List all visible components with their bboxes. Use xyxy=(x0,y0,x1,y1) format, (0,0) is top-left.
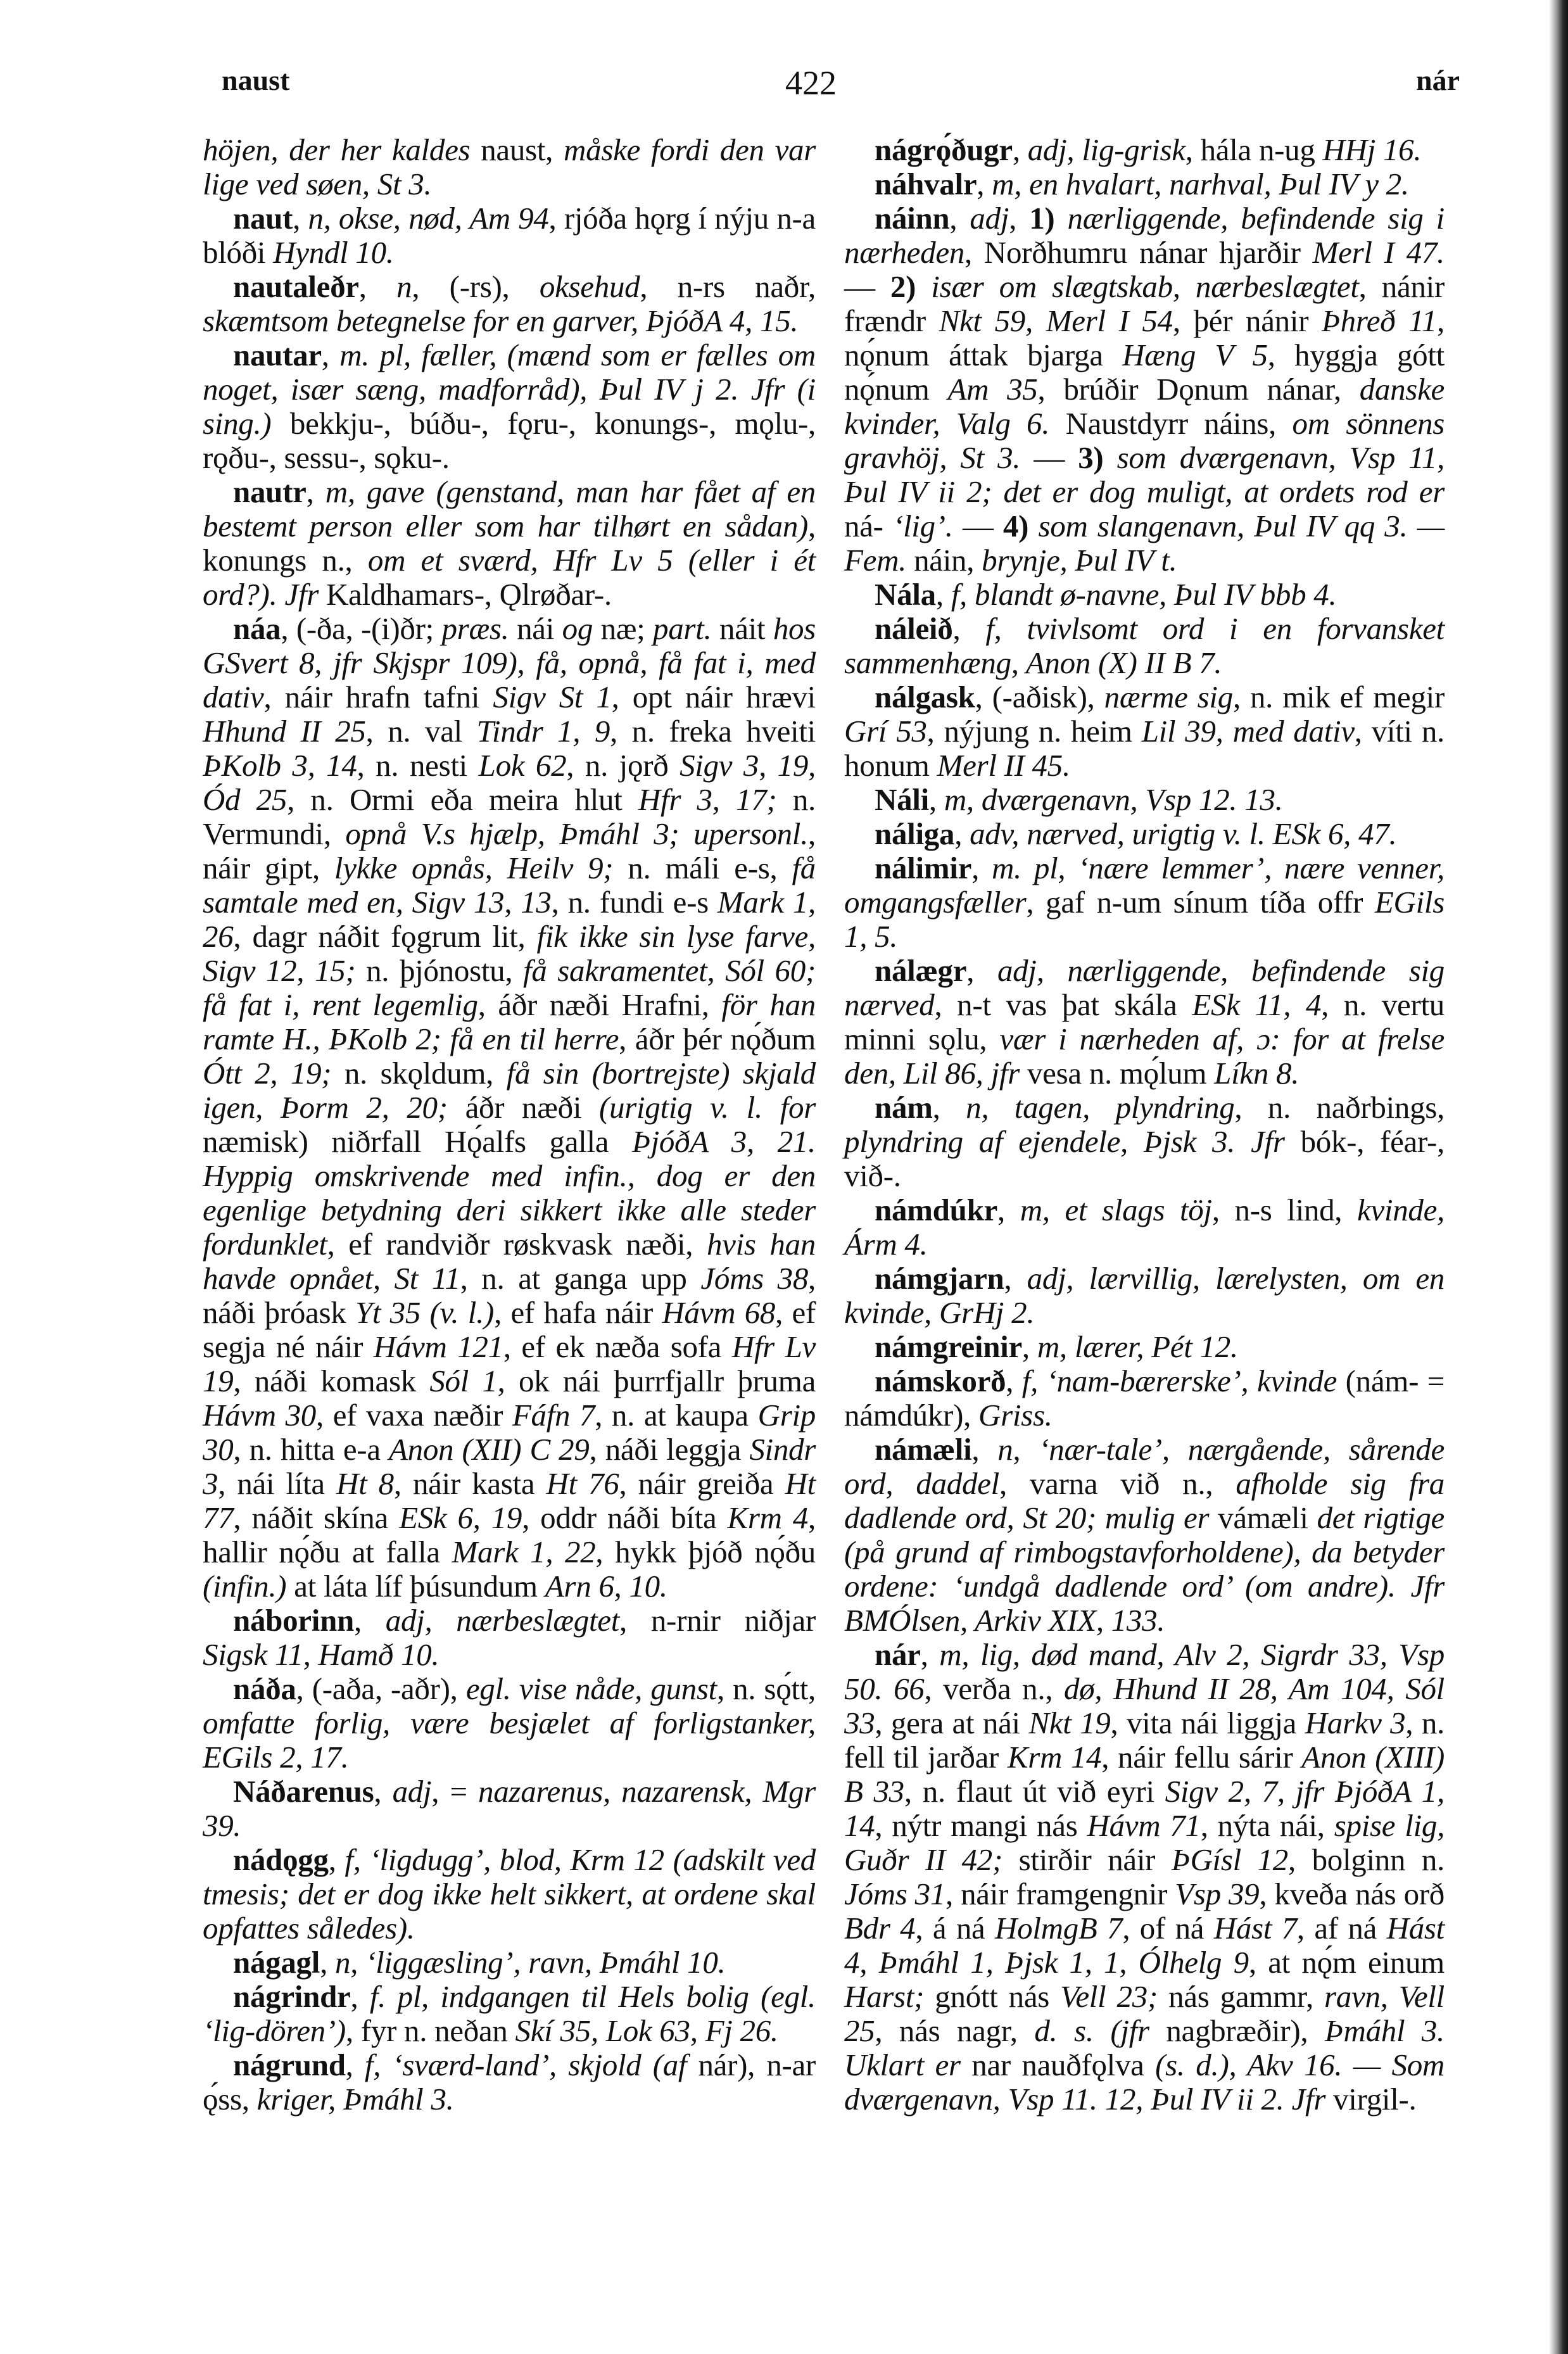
headword: námgreinir xyxy=(875,1329,1022,1364)
citation-text: , xyxy=(1004,1261,1027,1296)
citation-text: , ef hafa náir xyxy=(494,1295,662,1330)
headword: nágagl xyxy=(233,1945,320,1980)
gloss-text: især om slægtskab, nærbeslægtet xyxy=(931,269,1358,304)
dictionary-entry: nágrǫ́ðugr, adj, lig-grisk, hála n-ug HH… xyxy=(844,133,1445,167)
citation-text: nás gammr, xyxy=(1158,1979,1324,2014)
citation-text: , n. jǫrð xyxy=(566,748,680,783)
citation-text: vámæli xyxy=(1209,1500,1317,1535)
citation-text: , nái líta xyxy=(218,1466,336,1501)
citation-text xyxy=(1054,201,1067,236)
dictionary-entry: nár, m, lig, død mand, Alv 2, Sigrdr 33,… xyxy=(844,1638,1445,2117)
headword: nár xyxy=(875,1637,921,1672)
gloss-text: Jóms 38 xyxy=(700,1261,808,1296)
citation-text: , áðr næði Hrafni, xyxy=(478,987,722,1022)
gloss-text: egl. vise nåde, gunst xyxy=(466,1671,717,1706)
citation-text: , nýtr mangi nás xyxy=(875,1808,1087,1843)
gloss-text: Arn 6, 10. xyxy=(545,1569,667,1604)
citation-text: at láta líf þúsundum xyxy=(286,1569,545,1604)
citation-text xyxy=(1103,440,1116,475)
citation-text: , n. freka hveiti xyxy=(610,714,816,749)
citation-text: , náir greiða xyxy=(619,1466,785,1501)
citation-text: n. máli e-s, xyxy=(613,851,792,885)
gloss-text: Sigsk 11, Hamð 10. xyxy=(203,1637,439,1672)
gloss-text: (infin.) xyxy=(203,1569,286,1604)
citation-text: , xyxy=(1013,132,1028,167)
gloss-text: m, en hvalart, narhval, Þul IV y 2. xyxy=(992,167,1409,201)
dictionary-entry: Náðarenus, adj, = nazarenus, nazarensk, … xyxy=(203,1775,816,1843)
citation-text: náin, xyxy=(906,543,982,578)
citation-text: , n. sǫ́tt, xyxy=(717,1671,816,1706)
citation-text: gnótt nás xyxy=(924,1979,1060,2014)
citation-text: nar nauðfǫlva xyxy=(961,2047,1155,2082)
dictionary-entry: námæli, n, ‘nær-tale’, nærgående, sårend… xyxy=(844,1433,1445,1638)
gloss-text: Merl I 47. xyxy=(1313,235,1445,270)
citation-text: , n-t vas þat skála xyxy=(934,987,1192,1022)
headword: náleið xyxy=(875,611,952,646)
citation-text: , at nǫ́m einum xyxy=(1249,1945,1445,1980)
citation-text: , xyxy=(971,1432,997,1467)
dictionary-entry: náborinn, adj, nærbeslægtet, n-rnir niðj… xyxy=(203,1604,816,1672)
citation-text: , xyxy=(936,577,951,612)
gloss-text: ÞKolb 3, 14 xyxy=(203,748,357,783)
headword: nálgask xyxy=(875,680,975,714)
left-column: höjen, der her kaldes naust, måske fordi… xyxy=(203,133,816,2117)
gloss-text: Bdr 4 xyxy=(844,1911,915,1946)
citation-text: , xyxy=(1009,201,1029,236)
citation-text: , gera at nái xyxy=(875,1705,1028,1740)
citation-text: , nýjung n. heim xyxy=(927,714,1142,749)
citation-text: , ef randviðr røskvask næði, xyxy=(327,1227,707,1262)
gloss-text: Vell 23; xyxy=(1060,1979,1158,2014)
citation-text: , xyxy=(997,1193,1020,1227)
citation-text: næmisk) niðrfall Hǫ́alfs galla xyxy=(203,1124,632,1159)
citation-text: bekkju-, búðu-, fǫru-, konungs-, mǫlu-, … xyxy=(203,406,816,475)
citation-text: , xyxy=(952,611,985,646)
citation-text: , náði leggja xyxy=(590,1432,750,1467)
citation-text: , n. naðrbings, xyxy=(1234,1090,1445,1125)
dictionary-entry: námskorð, f, ‘nam-bærerske’, kvinde (nám… xyxy=(844,1364,1445,1433)
gloss-text: Mark 1, 22 xyxy=(452,1535,596,1569)
headword: náborinn xyxy=(233,1603,354,1638)
gloss-text: Vsp 39 xyxy=(1175,1876,1259,1911)
gloss-text: Hyndl 10. xyxy=(273,235,394,270)
dictionary-entry: nám, n, tagen, plyndring, n. naðrbings, … xyxy=(844,1091,1445,1193)
dictionary-entry: Náli, m, dværgenavn, Vsp 12. 13. xyxy=(844,783,1445,817)
dictionary-entry: náða, (-aða, -aðr), egl. vise nåde, guns… xyxy=(203,1672,816,1775)
citation-text: , þér nánir xyxy=(1173,303,1322,338)
gloss-text: Lil 39, med dativ xyxy=(1142,714,1355,749)
citation-text: Naustdyrr náins, xyxy=(1049,406,1292,441)
gloss-text: præs. xyxy=(441,611,509,646)
gloss-text: adj xyxy=(970,201,1009,236)
headword: nádǫgg xyxy=(233,1842,329,1877)
citation-text: , á ná xyxy=(915,1911,995,1946)
dictionary-entry: nágagl, n, ‘liggæsling’, ravn, Þmáhl 10. xyxy=(203,1946,816,1980)
gloss-text: ESk 6, 19 xyxy=(399,1500,522,1535)
headword: náa xyxy=(233,611,281,646)
citation-text: áðr næði xyxy=(448,1090,599,1125)
dictionary-entry: nádǫgg, f, ‘ligdugg’, blod, Krm 12 (adsk… xyxy=(203,1843,816,1946)
gloss-text: Tindr 1, 9 xyxy=(477,714,610,749)
dictionary-entry: naut, n, okse, nød, Am 94, rjóða hǫrg í … xyxy=(203,201,816,270)
headword: námæli xyxy=(875,1432,971,1467)
citation-text: , xyxy=(329,1842,345,1877)
citation-text: , náir fellu sárir xyxy=(1101,1740,1301,1775)
citation-text: , bolginn n. xyxy=(1288,1842,1445,1877)
gloss-text: Hávm 121 xyxy=(374,1329,503,1364)
gloss-text: Harkv 3 xyxy=(1305,1705,1406,1740)
dictionary-entry: náinn, adj, 1) nærliggende, befindende s… xyxy=(844,201,1445,578)
dictionary-entry: nálgask, (-aðisk), nærme sig, n. mik ef … xyxy=(844,680,1445,783)
citation-text: , n. val xyxy=(366,714,477,749)
headword: 1) xyxy=(1029,201,1054,236)
gloss-text: Hást 7 xyxy=(1214,1911,1297,1946)
headword: 3) xyxy=(1078,440,1103,475)
gloss-text: Hhund II 25 xyxy=(203,714,366,749)
citation-text: , hála n-ug xyxy=(1185,132,1323,167)
headword: náliga xyxy=(875,816,954,851)
gloss-text: Griss. xyxy=(978,1398,1053,1433)
citation-text: , xyxy=(1006,1364,1022,1398)
citation-text: , verða n., xyxy=(924,1671,1064,1706)
citation-text: , xyxy=(929,782,944,817)
citation-text: , af ná xyxy=(1297,1911,1387,1946)
gloss-text: Am 35 xyxy=(948,372,1038,407)
citation-text: , náðit skína xyxy=(233,1500,399,1535)
gloss-text: m, dværgenavn, Vsp 12. 13. xyxy=(944,782,1283,817)
citation-text: stirðir náir xyxy=(1002,1842,1172,1877)
gloss-text: Yt 35 (v. l.) xyxy=(355,1295,494,1330)
gloss-text: adj, lig-grisk xyxy=(1028,132,1185,167)
gloss-text: n, okse, nød, Am 94 xyxy=(308,201,548,236)
citation-text: virgil-. xyxy=(1325,2082,1416,2117)
citation-text: , xyxy=(977,167,992,201)
gloss-text: Hæng V 5 xyxy=(1122,338,1268,372)
citation-text: — xyxy=(953,509,1003,543)
citation-text: nagbræðir), xyxy=(1149,2013,1325,2048)
citation-text: , nás nagr, xyxy=(875,2013,1034,2048)
dictionary-entry: náliga, adv, nærved, urigtig v. l. ESk 6… xyxy=(844,817,1445,851)
citation-text: , gaf n-um sínum tíða offr xyxy=(1026,885,1374,920)
guide-word-right: nár xyxy=(1416,63,1460,97)
gloss-text: Hávm 71 xyxy=(1087,1808,1200,1843)
citation-text: , (-aðisk), xyxy=(975,680,1104,714)
citation-text: , xyxy=(307,474,326,509)
gloss-text: ESk 11, 4 xyxy=(1192,987,1321,1022)
gloss-text: ÞGísl 12 xyxy=(1172,1842,1288,1877)
headword: náhvalr xyxy=(875,167,977,201)
gloss-text: Sigv St 1 xyxy=(493,680,611,714)
headword: Nála xyxy=(875,577,936,612)
right-column: nágrǫ́ðugr, adj, lig-grisk, hála n-ug HH… xyxy=(844,133,1445,2117)
citation-text: , ef vaxa næðir xyxy=(316,1398,512,1433)
gloss-text: Ht 76 xyxy=(546,1466,619,1501)
citation-text: , xyxy=(949,201,970,236)
citation-text: , xyxy=(954,816,970,851)
citation-text: , fyr n. neðan xyxy=(346,2013,515,2048)
gloss-text: Krm 4 xyxy=(728,1500,809,1535)
citation-text: , xyxy=(933,1090,966,1125)
headword: nálimir xyxy=(875,851,971,885)
headword: náða xyxy=(233,1671,296,1706)
citation-text: , n. flaut út við eyri xyxy=(904,1774,1165,1809)
citation-text: n. þjónostu, xyxy=(355,953,523,988)
dictionary-entry: nautr, m, gave (genstand, man har fået a… xyxy=(203,475,816,612)
gloss-text: Merl II 45. xyxy=(937,748,1070,783)
citation-text: nái xyxy=(509,611,562,646)
citation-text: , áðr þér nǫ́ðum xyxy=(619,1022,816,1056)
gloss-text: Líkn 8. xyxy=(1214,1056,1299,1091)
gloss-text: (urigtig v. l. for xyxy=(599,1090,816,1125)
headword: nautr xyxy=(233,474,307,509)
dictionary-entry: nágrund, f, ‘sværd-land’, skjold (af nár… xyxy=(203,2048,816,2117)
headword: nágrindr xyxy=(233,1979,350,2014)
gloss-text: HolmgB 7 xyxy=(995,1911,1122,1946)
citation-text: , oddr náði bíta xyxy=(522,1500,727,1535)
citation-text: , náir hrafn tafni xyxy=(263,680,493,714)
citation-text: , (-ða, -(i)ðr; xyxy=(281,611,441,646)
gloss-text: Ht 8 xyxy=(336,1466,394,1501)
gloss-text: Nkt 19 xyxy=(1028,1705,1110,1740)
citation-text: , hykk þjóð nǫ́ðu xyxy=(595,1535,816,1569)
citation-text: , (-rs), xyxy=(412,269,540,304)
gloss-text: kriger, Þmáhl 3. xyxy=(257,2082,454,2117)
citation-text: , n. mik ef megir xyxy=(1233,680,1445,714)
headword: námskorð xyxy=(875,1364,1006,1398)
citation-text: vesa n. mǫ́lum xyxy=(1020,1056,1214,1091)
gloss-text: Þhreð 11 xyxy=(1322,303,1437,338)
gloss-text: Harst; xyxy=(844,1979,924,2014)
gloss-text: adj, nærbeslægtet xyxy=(386,1603,619,1638)
gloss-text: og xyxy=(562,611,593,646)
citation-text: — xyxy=(1020,440,1078,475)
citation-text: , vita nái liggja xyxy=(1110,1705,1305,1740)
citation-text: , = xyxy=(431,1774,478,1809)
dictionary-entry: nálægr, adj, nærliggende, befindende sig… xyxy=(844,954,1445,1091)
citation-text: , (-aða, -aðr), xyxy=(296,1671,466,1706)
gloss-text: Hfr 3, 17; xyxy=(638,782,777,817)
dictionary-entry: náa, (-ða, -(i)ðr; præs. nái og næ; part… xyxy=(203,612,816,1604)
headword: námgjarn xyxy=(875,1261,1004,1296)
dictionary-entry: náleið, f, tvivlsomt ord i en forvansket… xyxy=(844,612,1445,680)
citation-text: ná- xyxy=(844,509,893,543)
dictionary-entry: höjen, der her kaldes naust, måske fordi… xyxy=(203,133,816,201)
citation-text: , n. Ormi eða meira hlut xyxy=(287,782,638,817)
gloss-text: f, ‘nam-bærerske’, kvinde xyxy=(1022,1364,1337,1398)
citation-text: , of ná xyxy=(1122,1911,1213,1946)
gloss-text: lykke opnås, Heilv 9; xyxy=(334,851,613,885)
citation-text: næ; xyxy=(593,611,653,646)
dictionary-entry: námgreinir, m, lærer, Pét 12. xyxy=(844,1330,1445,1364)
citation-text: , n. at kaupa xyxy=(595,1398,757,1433)
citation-text: , xyxy=(354,1603,386,1638)
dictionary-entry: nágrindr, f. pl, indgangen til Hels boli… xyxy=(203,1980,816,2048)
gloss-text: oksehud xyxy=(540,269,640,304)
dictionary-entry: nautaleðr, n, (-rs), oksehud, n-rs naðr,… xyxy=(203,270,816,338)
gloss-text: brynje, Þul IV t. xyxy=(982,543,1177,578)
citation-text: , ef ek næða sofa xyxy=(503,1329,732,1364)
gloss-text: m, et slags töj xyxy=(1020,1193,1212,1227)
headword: Náðarenus xyxy=(233,1774,374,1809)
citation-text: , n. at ganga upp xyxy=(460,1261,701,1296)
gloss-text: n, tagen, plyndring xyxy=(966,1090,1234,1125)
headword: naut xyxy=(233,201,293,236)
citation-text: , n. nesti xyxy=(357,748,479,783)
citation-text xyxy=(1028,509,1038,543)
gloss-text: Anon (XII) C 29 xyxy=(389,1432,589,1467)
citation-text: , xyxy=(346,2047,365,2082)
citation-text: , xyxy=(320,1945,335,1980)
headword: námdúkr xyxy=(875,1193,997,1227)
gloss-text: Jóms 31 xyxy=(844,1876,945,1911)
gloss-text: Lok 62 xyxy=(479,748,567,783)
headword: 4) xyxy=(1003,509,1028,543)
headword: nálægr xyxy=(875,953,966,988)
headword: nágrund xyxy=(233,2047,346,2082)
dictionary-entry: námgjarn, adj, lærvillig, lærelysten, om… xyxy=(844,1262,1445,1330)
gloss-text: Krm 14 xyxy=(1008,1740,1101,1775)
dictionary-entry: námdúkr, m, et slags töj, n-s lind, kvin… xyxy=(844,1193,1445,1262)
headword: Náli xyxy=(875,782,929,817)
citation-text: , ok nái þurrfjallr þruma xyxy=(498,1364,816,1398)
dictionary-entry: nautar, m. pl, fæller, (mænd som er fæll… xyxy=(203,338,816,475)
citation-text: , n. hitta e-a xyxy=(233,1432,389,1467)
citation-text: , xyxy=(374,1774,392,1809)
gloss-text: m, lærer, Pét 12. xyxy=(1037,1329,1238,1364)
gloss-text: ‘lig’. xyxy=(893,509,953,543)
citation-text: , opt náir hrævi xyxy=(612,680,816,714)
citation-text xyxy=(916,269,931,304)
citation-text: , náir framgengnir xyxy=(945,1876,1175,1911)
guide-word-left: naust xyxy=(222,63,289,97)
gloss-text: n, ‘liggæsling’, ravn, Þmáhl 10. xyxy=(335,1945,726,1980)
gloss-text: Fáfn 7 xyxy=(512,1398,595,1433)
citation-text: , xyxy=(966,953,997,988)
gloss-text: adv, nærved, urigtig v. l. ESk 6, 47. xyxy=(970,816,1396,851)
gloss-text: omfatte forlig, være besjælet af forligs… xyxy=(203,1705,816,1775)
citation-text: n. skǫldum, xyxy=(331,1056,506,1091)
citation-text: , varna við n., xyxy=(999,1466,1236,1501)
citation-text: náit xyxy=(711,611,773,646)
gloss-text: f, ‘sværd-land’, skjold (af xyxy=(365,2047,686,2082)
headword: nautar xyxy=(233,338,322,372)
gloss-text: Skí 35, Lok 63, Fj 26. xyxy=(515,2013,778,2048)
citation-text: , náir kasta xyxy=(394,1466,547,1501)
citation-text: , brúðir Dǫnum nánar, xyxy=(1038,372,1360,407)
dictionary-entry: nálimir, m. pl, ‘nære lemmer’, nære venn… xyxy=(844,851,1445,954)
gloss-text: nærme sig xyxy=(1104,680,1233,714)
citation-text: , n-rnir niðjar xyxy=(619,1603,816,1638)
citation-text: , xyxy=(921,1637,940,1672)
headword: nágrǫ́ðugr xyxy=(875,132,1013,167)
gloss-text: f, blandt ø-navne, Þul IV bbb 4. xyxy=(951,577,1337,612)
headword: náinn xyxy=(875,201,949,236)
page-number: 422 xyxy=(785,63,837,103)
headword: nautaleðr xyxy=(233,269,359,304)
citation-text: , xyxy=(322,338,339,372)
gloss-text: n xyxy=(396,269,412,304)
citation-text: , xyxy=(359,269,396,304)
citation-text: , xyxy=(350,1979,369,2014)
citation-text: , n-s lind, xyxy=(1212,1193,1357,1227)
headword: 2) xyxy=(890,269,916,304)
citation-text: , nýta nái, xyxy=(1201,1808,1334,1843)
citation-text: , xyxy=(293,201,308,236)
citation-text: , dagr náðit fǫgrum lit, xyxy=(233,919,536,954)
gloss-text: Ótt 2, 19; xyxy=(203,1056,331,1091)
dictionary-entry: Nála, f, blandt ø-navne, Þul IV bbb 4. xyxy=(844,578,1445,612)
citation-text: Kaldhamars-, Ǫlrøðar-. xyxy=(319,577,612,612)
citation-text: , náði komask xyxy=(233,1364,429,1398)
gloss-text: skæmtsom betegnelse for en garver, ÞjóðA… xyxy=(203,303,798,338)
citation-text: , xyxy=(1022,1329,1037,1364)
citation-text: , Norðhumru nánar hjarðir xyxy=(964,235,1313,270)
gloss-text: HHj 16. xyxy=(1323,132,1422,167)
citation-text: , xyxy=(971,851,992,885)
page-edge-shadow xyxy=(1549,0,1568,2354)
citation-text: , n. fundi e-s xyxy=(552,885,718,920)
gloss-text: Grí 53 xyxy=(844,714,927,749)
headword: nám xyxy=(875,1090,933,1125)
gloss-text: höjen, der her kaldes xyxy=(203,132,481,167)
gloss-text: part. xyxy=(653,611,711,646)
gloss-text: Hávm 68 xyxy=(662,1295,775,1330)
dictionary-page: naust 422 nár höjen, der her kaldes naus… xyxy=(0,0,1568,2354)
gloss-text: d. s. (jfr xyxy=(1034,2013,1149,2048)
citation-text: naust, xyxy=(481,132,564,167)
citation-text: — xyxy=(844,269,890,304)
dictionary-entry: náhvalr, m, en hvalart, narhval, Þul IV … xyxy=(844,167,1445,201)
gloss-text: plyndring af ejendele, Þjsk 3. Jfr xyxy=(844,1124,1285,1159)
gloss-text: adj xyxy=(393,1774,432,1809)
gloss-text: Sól 1 xyxy=(429,1364,497,1398)
gloss-text: Nkt 59, Merl I 54 xyxy=(939,303,1173,338)
gloss-text: Hávm 30 xyxy=(203,1398,316,1433)
gloss-text: opnå V.s hjælp, Þmáhl 3; upersonl. xyxy=(345,816,808,851)
citation-text: , n-rs naðr, xyxy=(640,269,816,304)
citation-text: , kveða nás orð xyxy=(1259,1876,1445,1911)
